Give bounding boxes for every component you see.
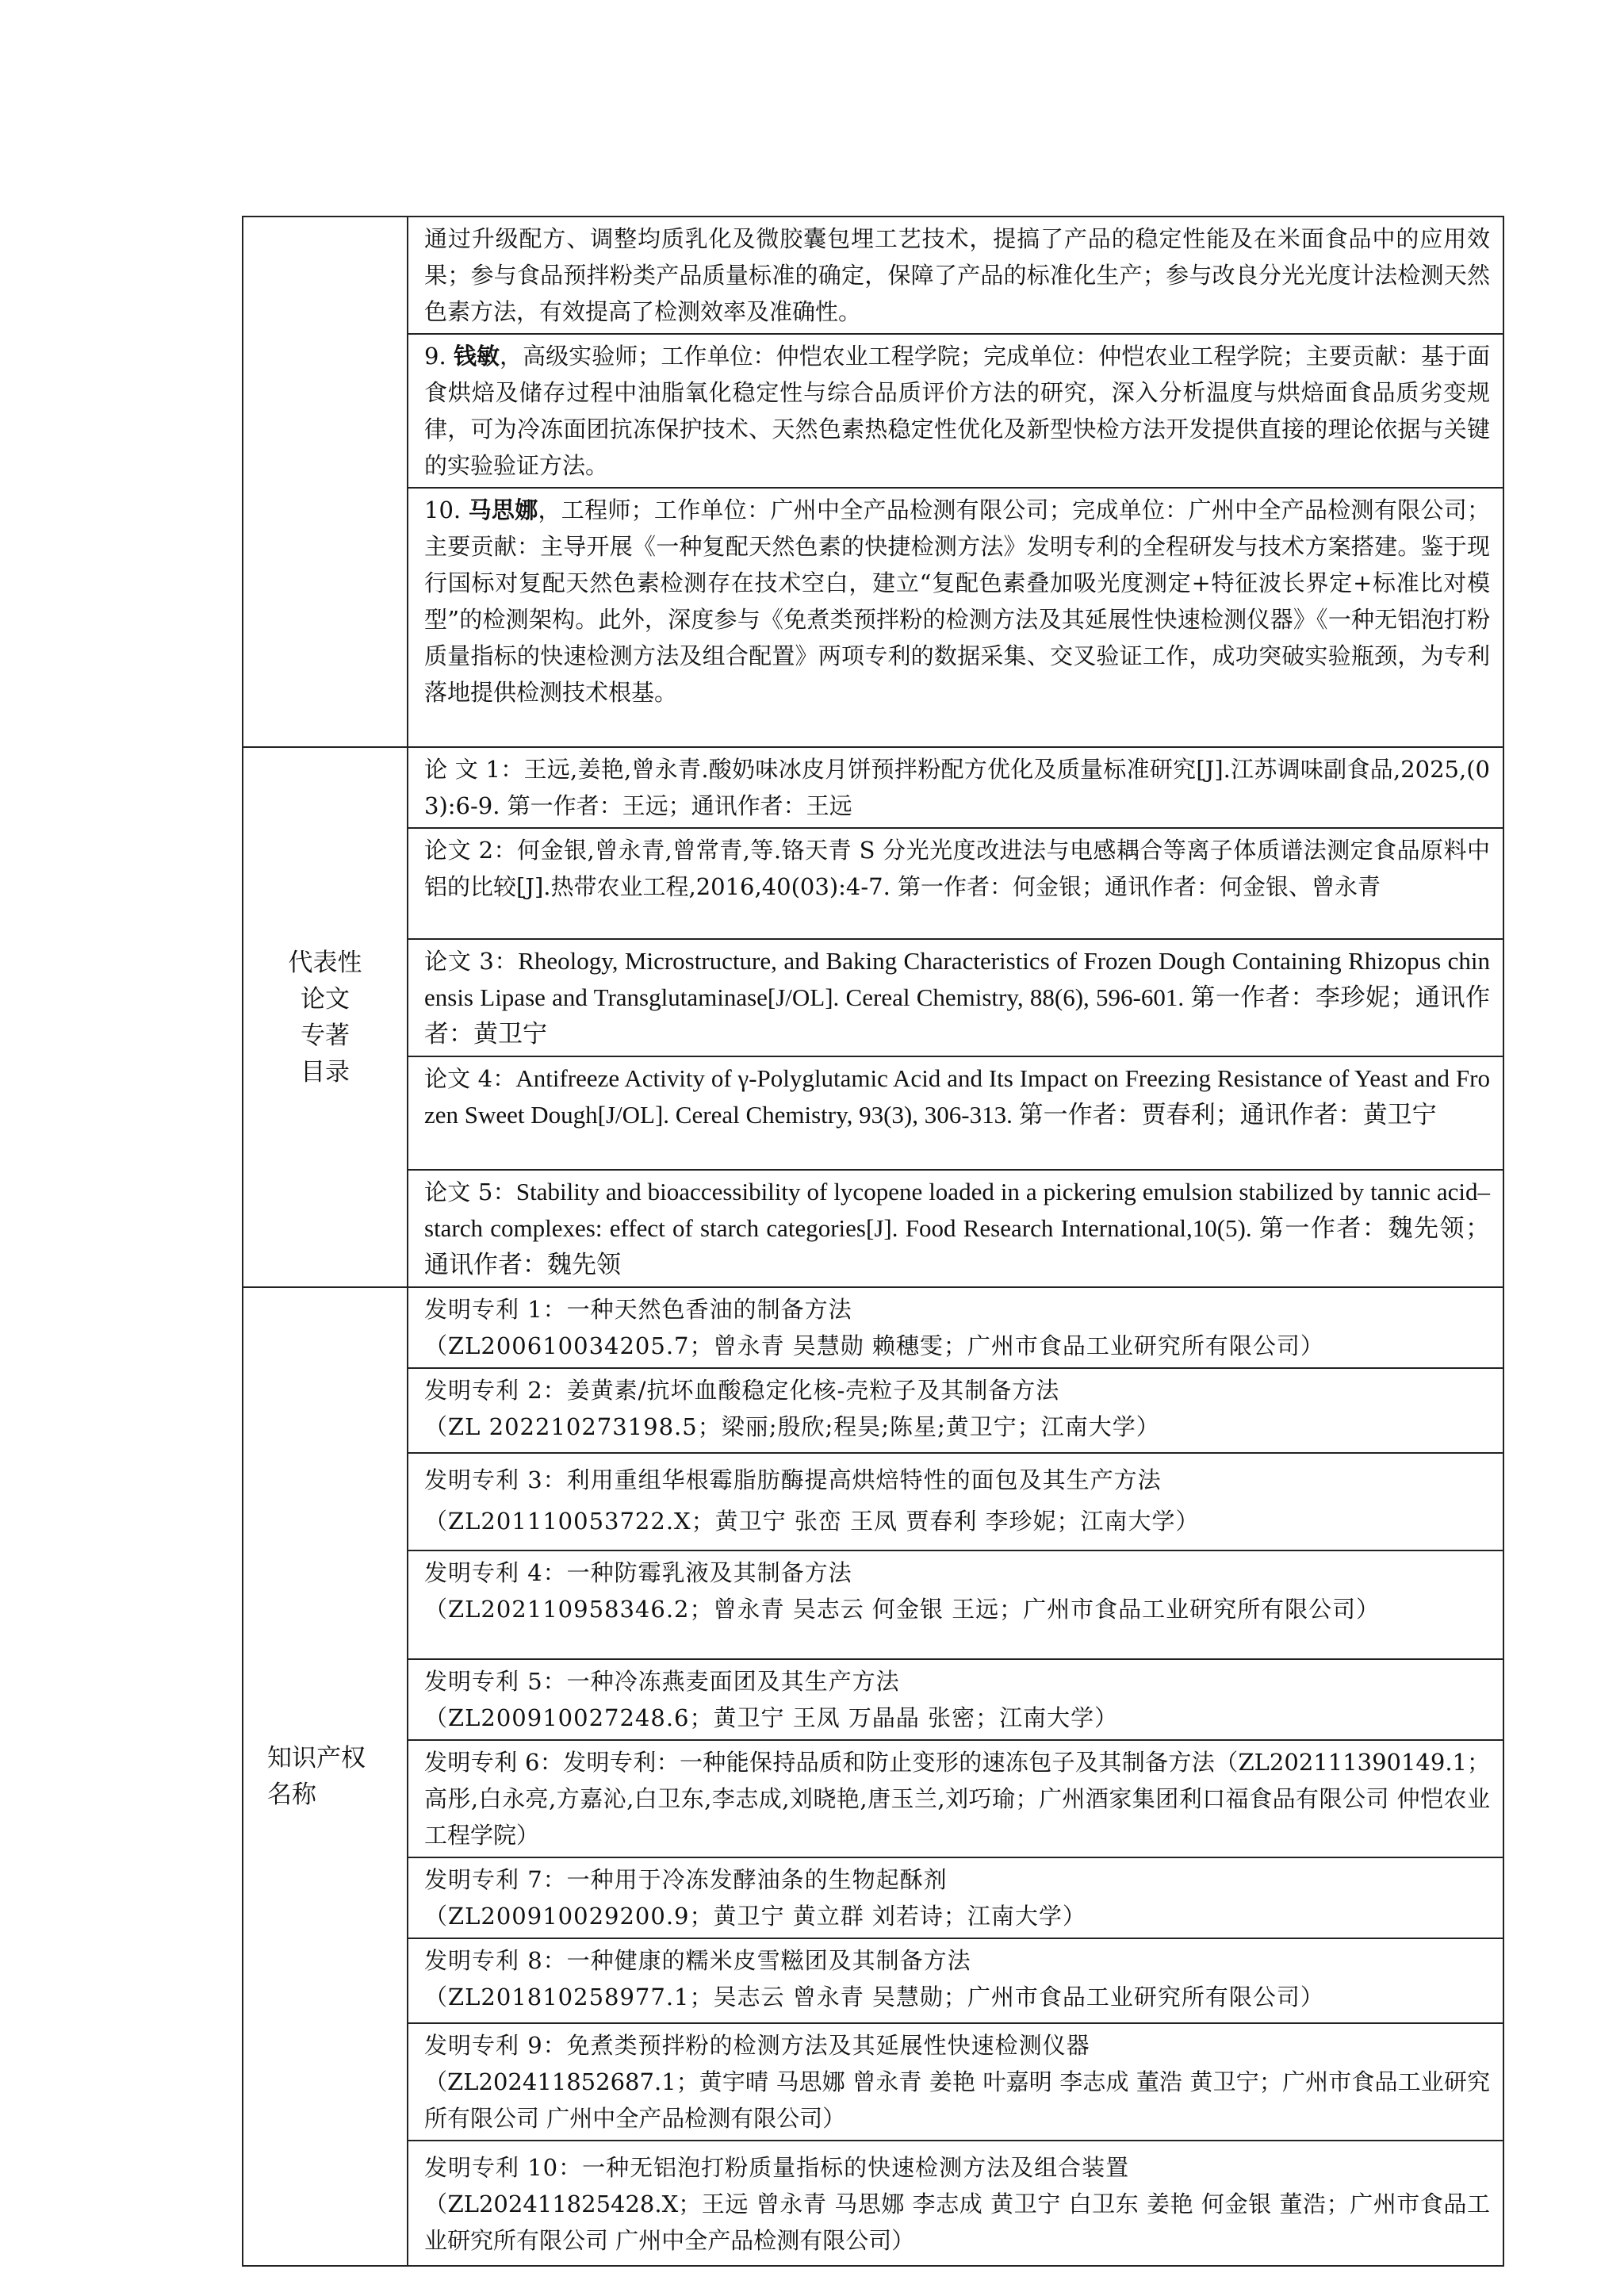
contributor-row-9: 9. 钱敏，高级实验师；工作单位：仲恺农业工程学院；完成单位：仲恺农业工程学院；… <box>243 334 1503 488</box>
patent-row-1: 知识产权 名称 发明专利 1：一种天然色香油的制备方法 （ZL200610034… <box>243 1287 1503 1368</box>
paper-row-4: 论文 4：Antifreeze Activity of γ-Polyglutam… <box>243 1056 1503 1170</box>
paper-2-cell: 论文 2：何金银,曾永青,曾常青,等.铬天青 S 分光光度改进法与电感耦合等离子… <box>408 828 1503 939</box>
patent-9-detail: （ZL202411852687.1；黄宇晴 马思娜 曾永青 姜艳 叶嘉明 李志成… <box>424 2068 1490 2132</box>
patent-3-title: 发明专利 3：利用重组华根霉脂肪酶提高烘焙特性的面包及其生产方法 <box>424 1462 1490 1498</box>
paper-2-label: 论文 2： <box>424 837 517 864</box>
patent-row-9: 发明专利 9：免煮类预拌粉的检测方法及其延展性快速检测仪器 （ZL2024118… <box>243 2023 1503 2141</box>
patent-3-detail: （ZL201110053722.X；黄卫宁 张峦 王凤 贾春利 李珍妮；江南大学… <box>424 1503 1490 1539</box>
patent-10-cell: 发明专利 10：一种无铝泡打粉质量指标的快速检测方法及组合装置 （ZL20241… <box>408 2141 1503 2266</box>
patent-7-title: 发明专利 7：一种用于冷冻发酵油条的生物起酥剂 <box>424 1861 1490 1898</box>
contributor-8-text: 通过升级配方、调整均质乳化及微胶囊包埋工艺技术，提搞了产品的稳定性能及在米面食品… <box>424 225 1490 325</box>
contributor-9-cell: 9. 钱敏，高级实验师；工作单位：仲恺农业工程学院；完成单位：仲恺农业工程学院；… <box>408 334 1503 488</box>
contributor-9-body: ，高级实验师；工作单位：仲恺农业工程学院；完成单位：仲恺农业工程学院；主要贡献：… <box>424 343 1490 479</box>
patent-row-7: 发明专利 7：一种用于冷冻发酵油条的生物起酥剂 （ZL200910029200.… <box>243 1857 1503 1938</box>
patent-4-cell: 发明专利 4：一种防霉乳液及其制备方法 （ZL202110958346.2；曾永… <box>408 1550 1503 1659</box>
contributor-10-index: 10. <box>424 496 469 523</box>
paper-row-3: 论文 3：Rheology, Microstructure, and Bakin… <box>243 939 1503 1056</box>
paper-4-label: 论文 4： <box>424 1065 515 1092</box>
patent-row-2: 发明专利 2：姜黄素/抗坏血酸稳定化核-壳粒子及其制备方法 （ZL 202210… <box>243 1368 1503 1453</box>
contributor-9-index: 9. <box>424 343 454 370</box>
contributor-10-name: 马思娜 <box>469 496 538 523</box>
patent-row-3: 发明专利 3：利用重组华根霉脂肪酶提高烘焙特性的面包及其生产方法 （ZL2011… <box>243 1453 1503 1550</box>
patent-row-4: 发明专利 4：一种防霉乳液及其制备方法 （ZL202110958346.2；曾永… <box>243 1550 1503 1659</box>
papers-label-line-1: 代表性 <box>243 945 407 981</box>
patent-10-title: 发明专利 10：一种无铝泡打粉质量指标的快速检测方法及组合装置 <box>424 2149 1490 2186</box>
patent-6-cell: 发明专利 6：发明专利：一种能保持品质和防止变形的速冻包子及其制备方法（ZL20… <box>408 1740 1503 1857</box>
paper-1-label: 论 文 1： <box>424 756 523 783</box>
patent-8-title: 发明专利 8：一种健康的糯米皮雪糍团及其制备方法 <box>424 1942 1490 1979</box>
patent-9-title: 发明专利 9：免煮类预拌粉的检测方法及其延展性快速检测仪器 <box>424 2027 1490 2064</box>
patent-1-cell: 发明专利 1：一种天然色香油的制备方法 （ZL200610034205.7；曾永… <box>408 1287 1503 1368</box>
patent-6-title: 发明专利 6：发明专利：一种能保持品质和防止变形的速冻包子及其制备方法 <box>424 1749 1215 1776</box>
patent-9-cell: 发明专利 9：免煮类预拌粉的检测方法及其延展性快速检测仪器 （ZL2024118… <box>408 2023 1503 2141</box>
patent-7-cell: 发明专利 7：一种用于冷冻发酵油条的生物起酥剂 （ZL200910029200.… <box>408 1857 1503 1938</box>
contributor-9-name: 钱敏 <box>454 343 500 370</box>
patent-5-cell: 发明专利 5：一种冷冻燕麦面团及其生产方法 （ZL200910027248.6；… <box>408 1659 1503 1740</box>
contributor-8-tail: 通过升级配方、调整均质乳化及微胶囊包埋工艺技术，提搞了产品的稳定性能及在米面食品… <box>408 217 1503 334</box>
paper-row-1: 代表性 论文 专著 目录 论 文 1：王远,姜艳,曾永青.酸奶味冰皮月饼预拌粉配… <box>243 747 1503 828</box>
contributor-row-8-continued: 通过升级配方、调整均质乳化及微胶囊包埋工艺技术，提搞了产品的稳定性能及在米面食品… <box>243 217 1503 334</box>
paper-3-text: Rheology, Microstructure, and Baking Cha… <box>424 947 1490 1048</box>
patent-5-detail: （ZL200910027248.6；黄卫宁 王凤 万晶晶 张密；江南大学） <box>424 1700 1490 1736</box>
paper-1-text: 王远,姜艳,曾永青.酸奶味冰皮月饼预拌粉配方优化及质量标准研究[J].江苏调味副… <box>424 756 1490 819</box>
paper-3-label: 论文 3： <box>424 948 518 975</box>
patent-8-cell: 发明专利 8：一种健康的糯米皮雪糍团及其制备方法 （ZL201810258977… <box>408 1938 1503 2023</box>
paper-5-cell: 论文 5：Stability and bioaccessibility of l… <box>408 1170 1503 1287</box>
paper-row-5: 论文 5：Stability and bioaccessibility of l… <box>243 1170 1503 1287</box>
patent-4-title: 发明专利 4：一种防霉乳液及其制备方法 <box>424 1554 1490 1591</box>
patent-row-6: 发明专利 6：发明专利：一种能保持品质和防止变形的速冻包子及其制备方法（ZL20… <box>243 1740 1503 1857</box>
contributor-10-cell: 10. 马思娜，工程师；工作单位：广州中全产品检测有限公司；完成单位：广州中全产… <box>408 488 1503 747</box>
paper-3-cell: 论文 3：Rheology, Microstructure, and Bakin… <box>408 939 1503 1056</box>
patent-7-detail: （ZL200910029200.9；黄卫宁 黄立群 刘若诗；江南大学） <box>424 1898 1490 1934</box>
paper-4-cell: 论文 4：Antifreeze Activity of γ-Polyglutam… <box>408 1056 1503 1170</box>
patent-3-cell: 发明专利 3：利用重组华根霉脂肪酶提高烘焙特性的面包及其生产方法 （ZL2011… <box>408 1453 1503 1550</box>
patent-2-detail: （ZL 202210273198.5；梁丽;殷欣;程昊;陈星;黄卫宁；江南大学） <box>424 1409 1490 1445</box>
patent-8-detail: （ZL201810258977.1；吴志云 曾永青 吴慧勋；广州市食品工业研究所… <box>424 1979 1490 2015</box>
contributor-row-10: 10. 马思娜，工程师；工作单位：广州中全产品检测有限公司；完成单位：广州中全产… <box>243 488 1503 747</box>
patents-section-label: 知识产权 名称 <box>243 1287 408 2266</box>
contributor-10-body: ，工程师；工作单位：广州中全产品检测有限公司；完成单位：广州中全产品检测有限公司… <box>424 496 1490 706</box>
patent-2-title: 发明专利 2：姜黄素/抗坏血酸稳定化核-壳粒子及其制备方法 <box>424 1372 1490 1409</box>
papers-label-line-3: 专著 <box>243 1018 407 1054</box>
paper-2-text: 何金银,曾永青,曾常青,等.铬天青 S 分光光度改进法与电感耦合等离子体质谱法测… <box>424 837 1490 900</box>
contributors-label-cell <box>243 217 408 747</box>
paper-1-cell: 论 文 1：王远,姜艳,曾永青.酸奶味冰皮月饼预拌粉配方优化及质量标准研究[J]… <box>408 747 1503 828</box>
paper-5-text: Stability and bioaccessibility of lycope… <box>424 1178 1490 1278</box>
patent-2-cell: 发明专利 2：姜黄素/抗坏血酸稳定化核-壳粒子及其制备方法 （ZL 202210… <box>408 1368 1503 1453</box>
achievement-form-table: 通过升级配方、调整均质乳化及微胶囊包埋工艺技术，提搞了产品的稳定性能及在米面食品… <box>242 216 1504 2267</box>
papers-label-line-4: 目录 <box>243 1054 407 1091</box>
papers-section-label: 代表性 论文 专著 目录 <box>243 747 408 1287</box>
patent-row-5: 发明专利 5：一种冷冻燕麦面团及其生产方法 （ZL200910027248.6；… <box>243 1659 1503 1740</box>
patent-5-title: 发明专利 5：一种冷冻燕麦面团及其生产方法 <box>424 1663 1490 1700</box>
papers-label-line-2: 论文 <box>243 981 407 1018</box>
paper-row-2: 论文 2：何金银,曾永青,曾常青,等.铬天青 S 分光光度改进法与电感耦合等离子… <box>243 828 1503 939</box>
patents-label-line-1: 知识产权 <box>267 1740 407 1777</box>
patent-row-8: 发明专利 8：一种健康的糯米皮雪糍团及其制备方法 （ZL201810258977… <box>243 1938 1503 2023</box>
patents-label-line-2: 名称 <box>267 1777 407 1813</box>
paper-4-text: Antifreeze Activity of γ-Polyglutamic Ac… <box>424 1064 1490 1129</box>
patent-10-detail: （ZL202411825428.X；王远 曾永青 马思娜 李志成 黄卫宁 白卫东… <box>424 2191 1490 2254</box>
patent-1-title: 发明专利 1：一种天然色香油的制备方法 <box>424 1291 1490 1328</box>
patent-1-detail: （ZL200610034205.7；曾永青 吴慧勋 赖穗雯；广州市食品工业研究所… <box>424 1328 1490 1364</box>
patent-4-detail: （ZL202110958346.2；曾永青 吴志云 何金银 王远；广州市食品工业… <box>424 1591 1490 1627</box>
paper-5-label: 论文 5： <box>424 1179 516 1205</box>
patent-row-10: 发明专利 10：一种无铝泡打粉质量指标的快速检测方法及组合装置 （ZL20241… <box>243 2141 1503 2266</box>
